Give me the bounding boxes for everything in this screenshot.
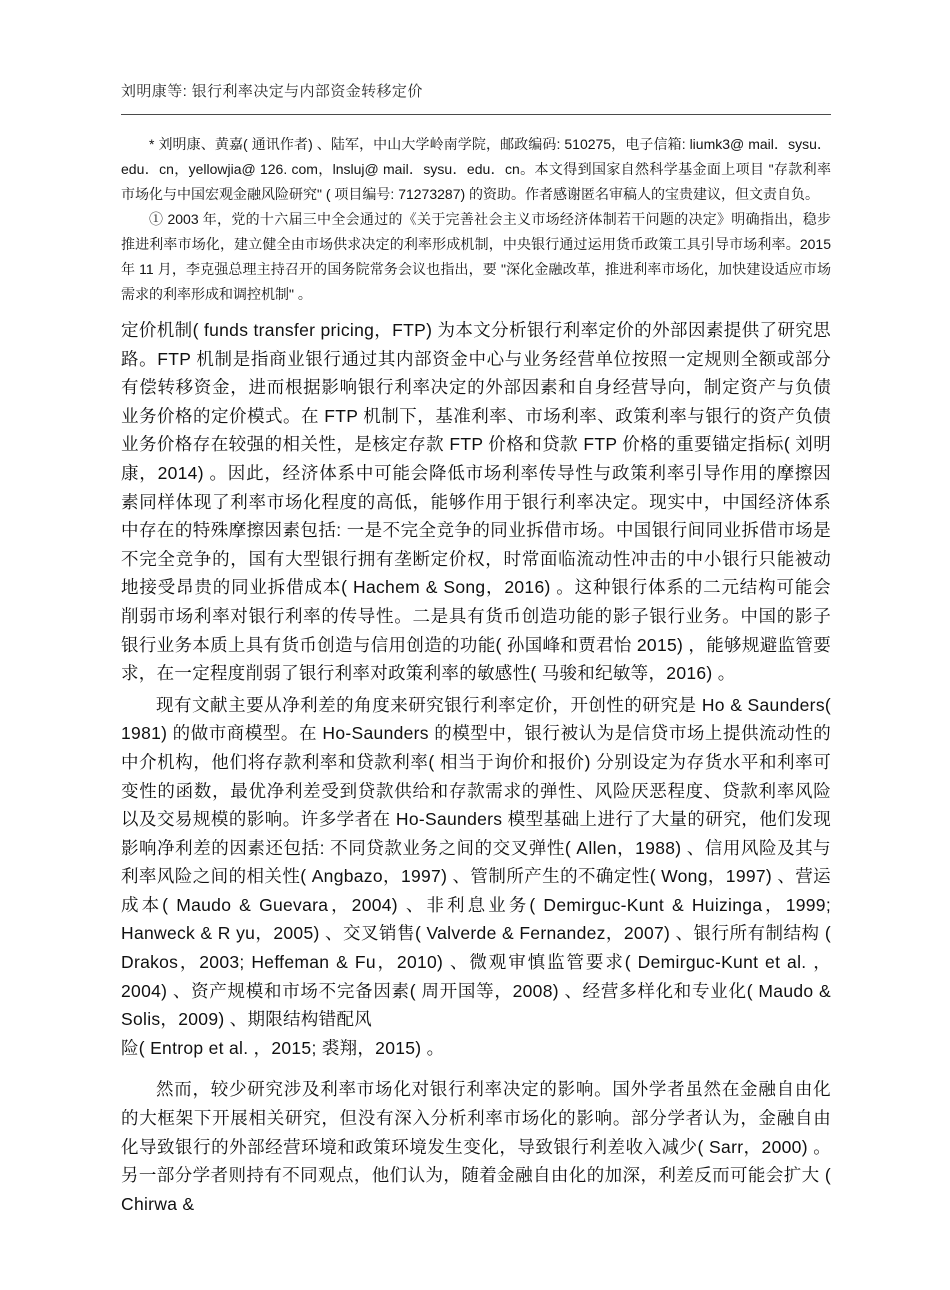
paragraph-literature-review: 现有文献主要从净利差的角度来研究银行利率定价，开创性的研究是 Ho & Saun… — [121, 691, 831, 1063]
running-header: 刘明康等: 银行利率决定与内部资金转移定价 — [121, 80, 831, 101]
paragraph-ftp-mechanism: 定价机制( funds transfer pricing，FTP) 为本文分析银… — [121, 316, 831, 688]
header-rule — [121, 114, 831, 115]
page-content: 刘明康等: 银行利率决定与内部资金转移定价 * 刘明康、黄嘉( 通讯作者) 、陆… — [121, 0, 831, 1221]
footnotes-section: * 刘明康、黄嘉( 通讯作者) 、陆军，中山大学岭南学院，邮政编码: 51027… — [121, 132, 831, 307]
document-page: 刘明康等: 银行利率决定与内部资金转移定价 * 刘明康、黄嘉( 通讯作者) 、陆… — [0, 0, 950, 1290]
footnote-authors: * 刘明康、黄嘉( 通讯作者) 、陆军，中山大学岭南学院，邮政编码: 51027… — [121, 132, 831, 207]
paragraph-liberalization: 然而，较少研究涉及利率市场化对银行利率决定的影响。国外学者虽然在金融自由化的大框… — [121, 1075, 831, 1218]
article-body: 定价机制( funds transfer pricing，FTP) 为本文分析银… — [121, 316, 831, 1218]
footnote-policy-note: ① 2003 年，党的十六届三中全会通过的《关于完善社会主义市场经济体制若干问题… — [121, 207, 831, 307]
